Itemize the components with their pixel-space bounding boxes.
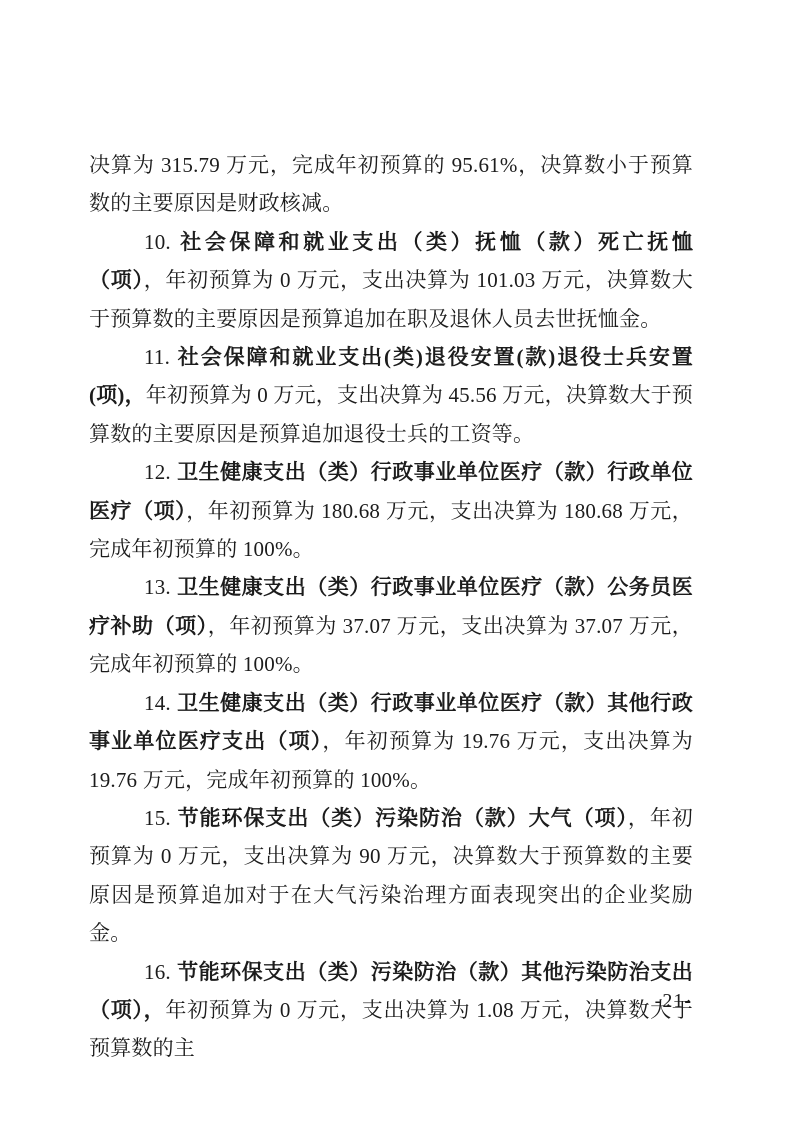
paragraph-number: 15. <box>144 806 177 830</box>
paragraph-16: 16.节能环保支出（类）污染防治（款）其他污染防治支出（项），年初预算为 0 万… <box>89 953 693 1068</box>
paragraph-number: 10. <box>144 230 177 254</box>
paragraph-9-continuation: 决算为 315.79 万元，完成年初预算的 95.61%，决算数小于预算数的主要… <box>89 146 693 223</box>
paragraph-number: 13. <box>144 575 177 599</box>
page-number: -21- <box>655 990 692 1013</box>
paragraph-text: 年初预算为 0 万元，支出决算为 1.08 万元，决算数大于预算数的主 <box>89 998 693 1060</box>
paragraph-text: 年初预算为 0 万元，支出决算为 45.56 万元，决算数大于预算数的主要原因是… <box>89 383 693 445</box>
paragraph-number: 14. <box>144 691 177 715</box>
section-title: 节能环保支出（类）污染防治（款）大气（项） <box>177 806 628 830</box>
paragraph-11: 11.社会保障和就业支出(类)退役安置(款)退役士兵安置(项)，年初预算为 0 … <box>89 338 693 453</box>
paragraph-10: 10.社会保障和就业支出（类）抚恤（款）死亡抚恤（项），年初预算为 0 万元，支… <box>89 223 693 338</box>
paragraph-14: 14.卫生健康支出（类）行政事业单位医疗（款）其他行政事业单位医疗支出（项），年… <box>89 684 693 799</box>
paragraph-number: 16. <box>144 960 177 984</box>
paragraph-12: 12.卫生健康支出（类）行政事业单位医疗（款）行政单位医疗（项），年初预算为 1… <box>89 453 693 568</box>
paragraph-13: 13.卫生健康支出（类）行政事业单位医疗（款）公务员医疗补助（项），年初预算为 … <box>89 568 693 683</box>
document-page: 决算为 315.79 万元，完成年初预算的 95.61%，决算数小于预算数的主要… <box>0 0 793 1122</box>
document-body: 决算为 315.79 万元，完成年初预算的 95.61%，决算数小于预算数的主要… <box>89 146 693 1068</box>
paragraph-number: 12. <box>144 460 177 484</box>
paragraph-text: 决算为 315.79 万元，完成年初预算的 95.61%，决算数小于预算数的主要… <box>89 153 693 215</box>
paragraph-text: ，年初预算为 0 万元，支出决算为 101.03 万元，决算数大于预算数的主要原… <box>89 268 693 330</box>
paragraph-number: 11. <box>144 345 176 369</box>
paragraph-15: 15.节能环保支出（类）污染防治（款）大气（项），年初预算为 0 万元，支出决算… <box>89 799 693 953</box>
